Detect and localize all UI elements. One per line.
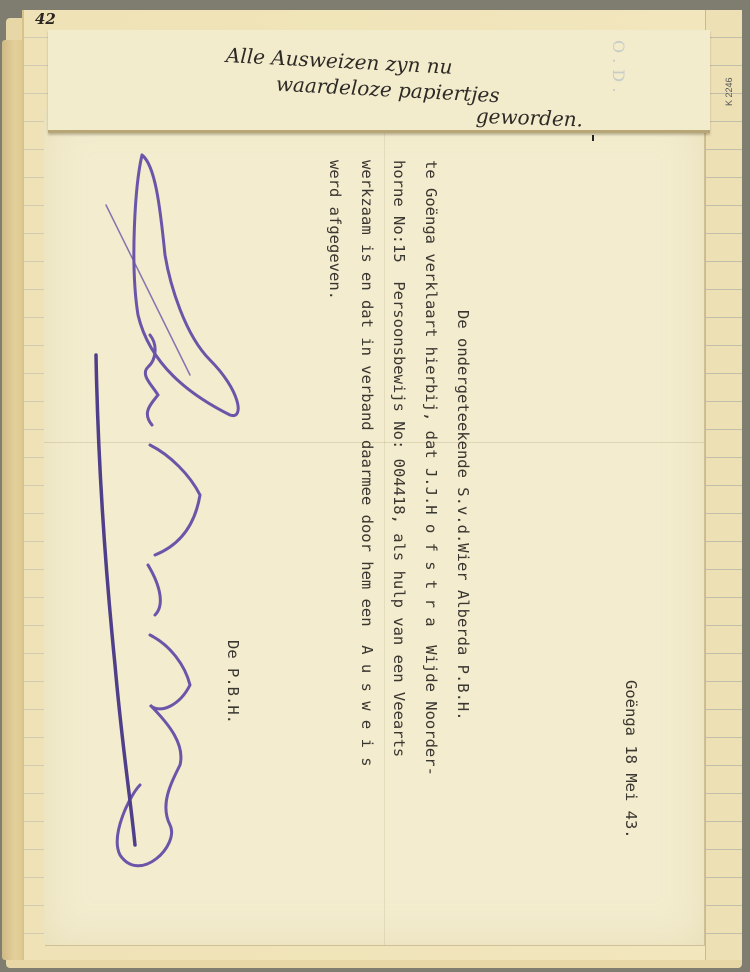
body-line: horne No:15 Persoonsbewijs No: 004418, a… bbox=[390, 160, 408, 757]
typed-text-block: Goënga 18 Mei 43. De ondergeteekende S.v… bbox=[496, 160, 640, 179]
tick-mark bbox=[592, 135, 594, 141]
body-line: werkzaam is en dat in verband daarmee do… bbox=[358, 160, 376, 767]
place-date: Goënga 18 Mei 43. bbox=[622, 680, 640, 839]
signature bbox=[80, 145, 280, 905]
faint-stamp: O.D. bbox=[609, 40, 628, 99]
body-line: werd afgegeven. bbox=[326, 160, 344, 300]
pasted-note-strip: Alle Ausweizen zyn nu waardeloze papiert… bbox=[48, 30, 710, 133]
handwritten-note: Alle Ausweizen zyn nu waardeloze papiert… bbox=[226, 42, 646, 120]
ledger-ruled-edge bbox=[705, 10, 742, 960]
body-line: te Goënga verklaart hierbij, dat J.J.H o… bbox=[422, 160, 440, 776]
fold-line-vertical bbox=[384, 110, 385, 945]
body-line: De ondergeteekende S.v.d.Wier Alberda P.… bbox=[454, 310, 472, 721]
page-number: 42 bbox=[35, 10, 56, 28]
archive-code: K 2246 bbox=[724, 77, 734, 106]
